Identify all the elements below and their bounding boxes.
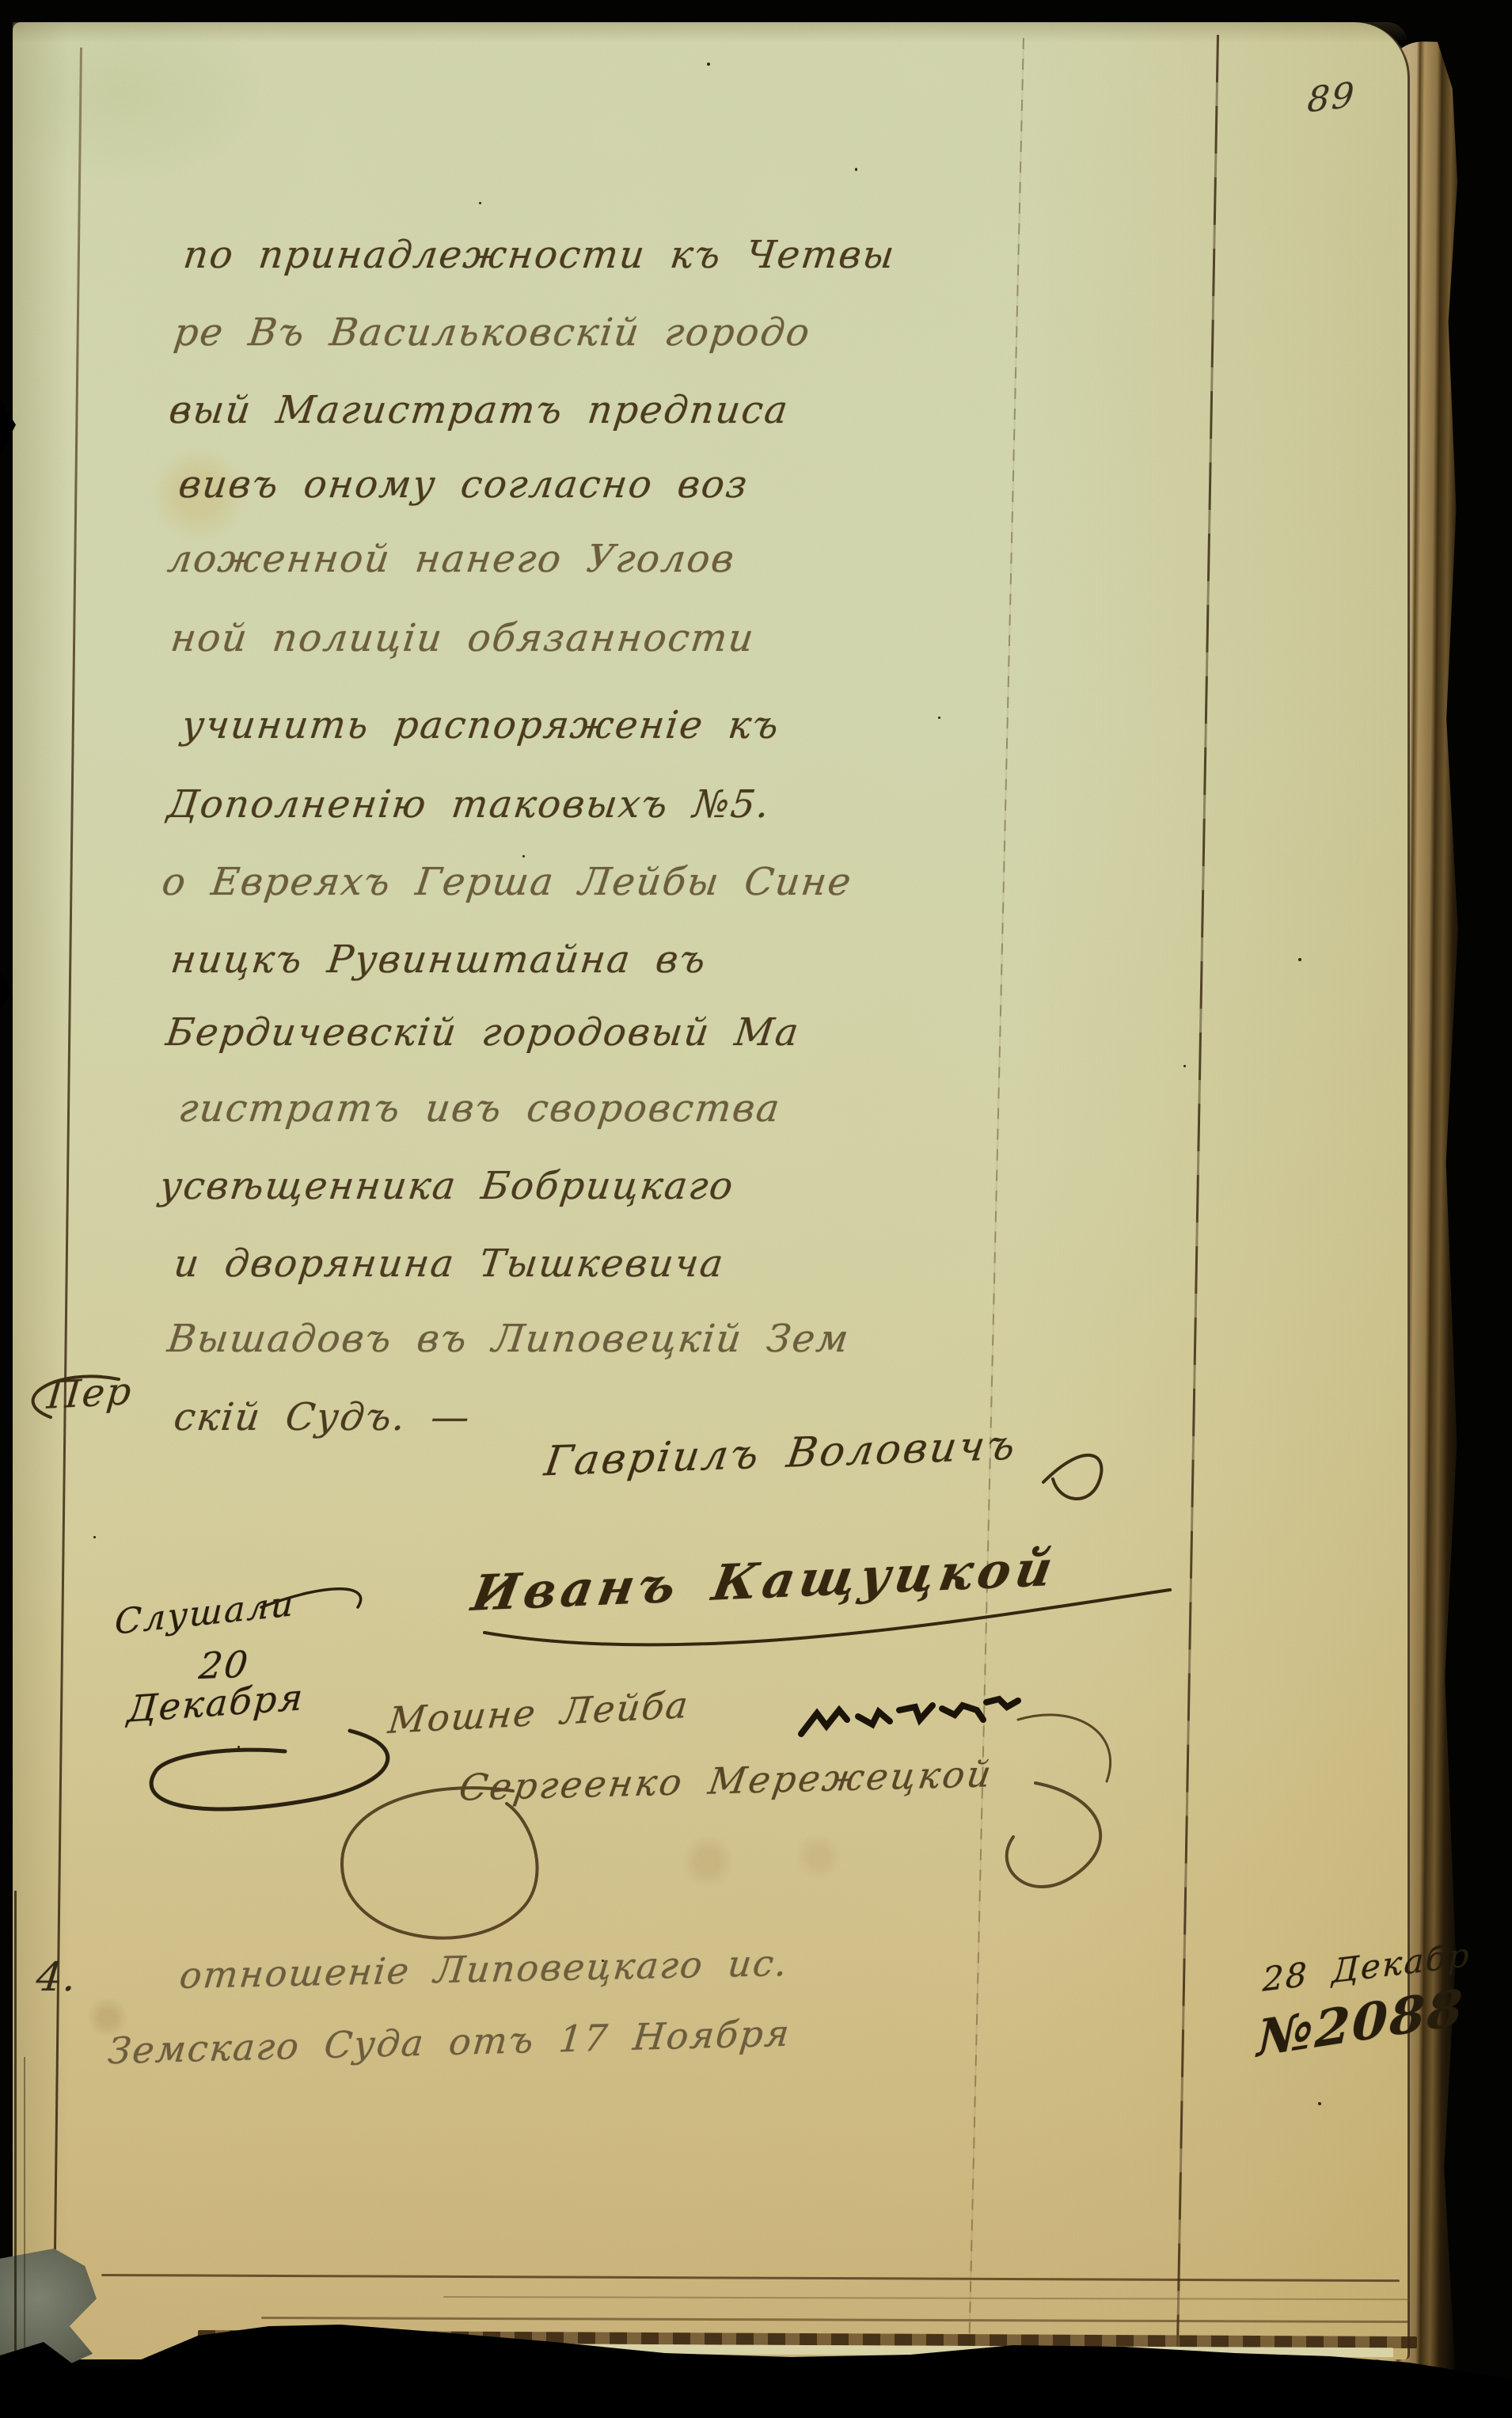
entry-number: 4. <box>34 1954 80 2000</box>
body-line: о Евреяхъ Герша Лейбы Сине <box>160 861 855 903</box>
ink-speck <box>707 63 710 66</box>
ink-speck <box>855 168 857 171</box>
ink-speck <box>1318 2102 1321 2105</box>
ink-speck <box>1298 958 1301 961</box>
body-line: усвѣщенника Бобрицкаго <box>158 1165 737 1207</box>
ink-speck <box>938 717 940 719</box>
edge-nick <box>0 972 11 1010</box>
folio-number: 89 <box>1306 75 1357 121</box>
body-line: гистратъ ивъ своровства <box>177 1088 783 1130</box>
ink-speck <box>479 202 481 204</box>
body-line: ницкъ Рувинштайна въ <box>169 939 709 981</box>
body-line: по принадлежности къ Четвы <box>181 234 898 276</box>
body-line: вый Магистратъ предписа <box>167 390 792 432</box>
body-line: Бердичевскій городовый Ма <box>164 1012 803 1054</box>
body-line: Дополненію таковыхъ №5. <box>165 784 773 826</box>
ink-speck <box>1183 1065 1186 1067</box>
ink-speck <box>237 1746 240 1748</box>
body-line: Вышадовъ въ Липовецкій Зем <box>165 1318 853 1360</box>
scan-bottom-black-edge <box>0 2280 1512 2418</box>
body-line: вивъ оному согласно воз <box>177 464 751 506</box>
body-line: ной полиціи обязанности <box>169 618 758 660</box>
body-line: и дворянина Тышкевича <box>172 1243 727 1285</box>
body-line: скій Судъ. — <box>172 1397 473 1439</box>
body-line: учинить распоряженіе къ <box>180 705 782 747</box>
ink-speck <box>93 1536 96 1538</box>
body-line: ложенной нанего Уголов <box>165 538 738 580</box>
ink-speck <box>522 855 525 857</box>
scanned-archival-page: 89 по принадлежности къ Четвыре Въ Васил… <box>0 0 1512 2418</box>
margin-catchword: Пер <box>45 1369 135 1418</box>
body-line: ре Въ Васильковскій городо <box>172 312 813 354</box>
